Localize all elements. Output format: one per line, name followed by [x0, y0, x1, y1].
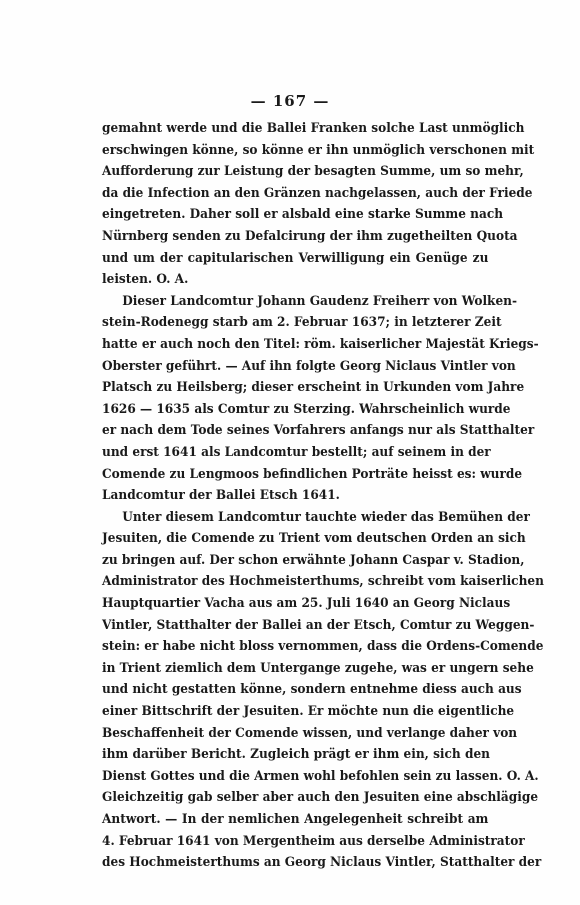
text-line: hatte er auch noch den Titel: röm. kaise…	[102, 334, 488, 356]
text-line: Comende zu Lengmoos befindlichen Porträt…	[102, 464, 488, 486]
text-line: und um der capitularischen Verwilligung …	[102, 248, 488, 270]
text-line: Jesuiten, die Comende zu Trient vom deut…	[102, 528, 488, 550]
text-line: Vintler, Statthalter der Ballei an der E…	[102, 615, 488, 637]
text-line: Aufforderung zur Leistung der besagten S…	[102, 161, 488, 183]
text-line: Gleichzeitig gab selber aber auch den Je…	[102, 787, 488, 809]
text-line: Landcomtur der Ballei Etsch 1641.	[102, 485, 488, 507]
text-line: und erst 1641 als Landcomtur bestellt; a…	[102, 442, 488, 464]
page-number: — 167 —	[0, 92, 580, 110]
body-text: gemahnt werde und die Ballei Franken sol…	[102, 118, 488, 874]
text-line: erschwingen könne, so könne er ihn unmög…	[102, 140, 488, 162]
text-line: Dieser Landcomtur Johann Gaudenz Freiher…	[102, 291, 488, 313]
text-line: Oberster geführt. — Auf ihn folgte Georg…	[102, 356, 488, 378]
text-line: stein: er habe nicht bloss vernommen, da…	[102, 636, 488, 658]
text-line: gemahnt werde und die Ballei Franken sol…	[102, 118, 488, 140]
text-line: leisten. O. A.	[102, 269, 488, 291]
text-line: Platsch zu Heilsberg; dieser erscheint i…	[102, 377, 488, 399]
text-line: Antwort. — In der nemlichen Angelegenhei…	[102, 809, 488, 831]
text-line: ihm darüber Bericht. Zugleich prägt er i…	[102, 744, 488, 766]
text-line: 1626 — 1635 als Comtur zu Sterzing. Wahr…	[102, 399, 488, 421]
text-line: Beschaffenheit der Comende wissen, und v…	[102, 723, 488, 745]
text-line: 4. Februar 1641 von Mergentheim aus ders…	[102, 831, 488, 853]
text-line: Unter diesem Landcomtur tauchte wieder d…	[102, 507, 488, 529]
text-line: eingetreten. Daher soll er alsbald eine …	[102, 204, 488, 226]
text-line: Hauptquartier Vacha aus am 25. Juli 1640…	[102, 593, 488, 615]
text-line: des Hochmeisterthums an Georg Niclaus Vi…	[102, 852, 488, 874]
text-line: er nach dem Tode seines Vorfahrers anfan…	[102, 420, 488, 442]
text-line: und nicht gestatten könne, sondern entne…	[102, 679, 488, 701]
text-line: da die Infection an den Gränzen nachgela…	[102, 183, 488, 205]
text-line: einer Bittschrift der Jesuiten. Er möcht…	[102, 701, 488, 723]
book-page: — 167 — gemahnt werde und die Ballei Fra…	[0, 0, 580, 905]
text-line: stein-Rodenegg starb am 2. Februar 1637;…	[102, 312, 488, 334]
text-line: in Trient ziemlich dem Untergange zugehe…	[102, 658, 488, 680]
text-line: Dienst Gottes und die Armen wohl befohle…	[102, 766, 488, 788]
text-line: Administrator des Hochmeisterthums, schr…	[102, 571, 488, 593]
text-line: Nürnberg senden zu Defalcirung der ihm z…	[102, 226, 488, 248]
text-line: zu bringen auf. Der schon erwähnte Johan…	[102, 550, 488, 572]
